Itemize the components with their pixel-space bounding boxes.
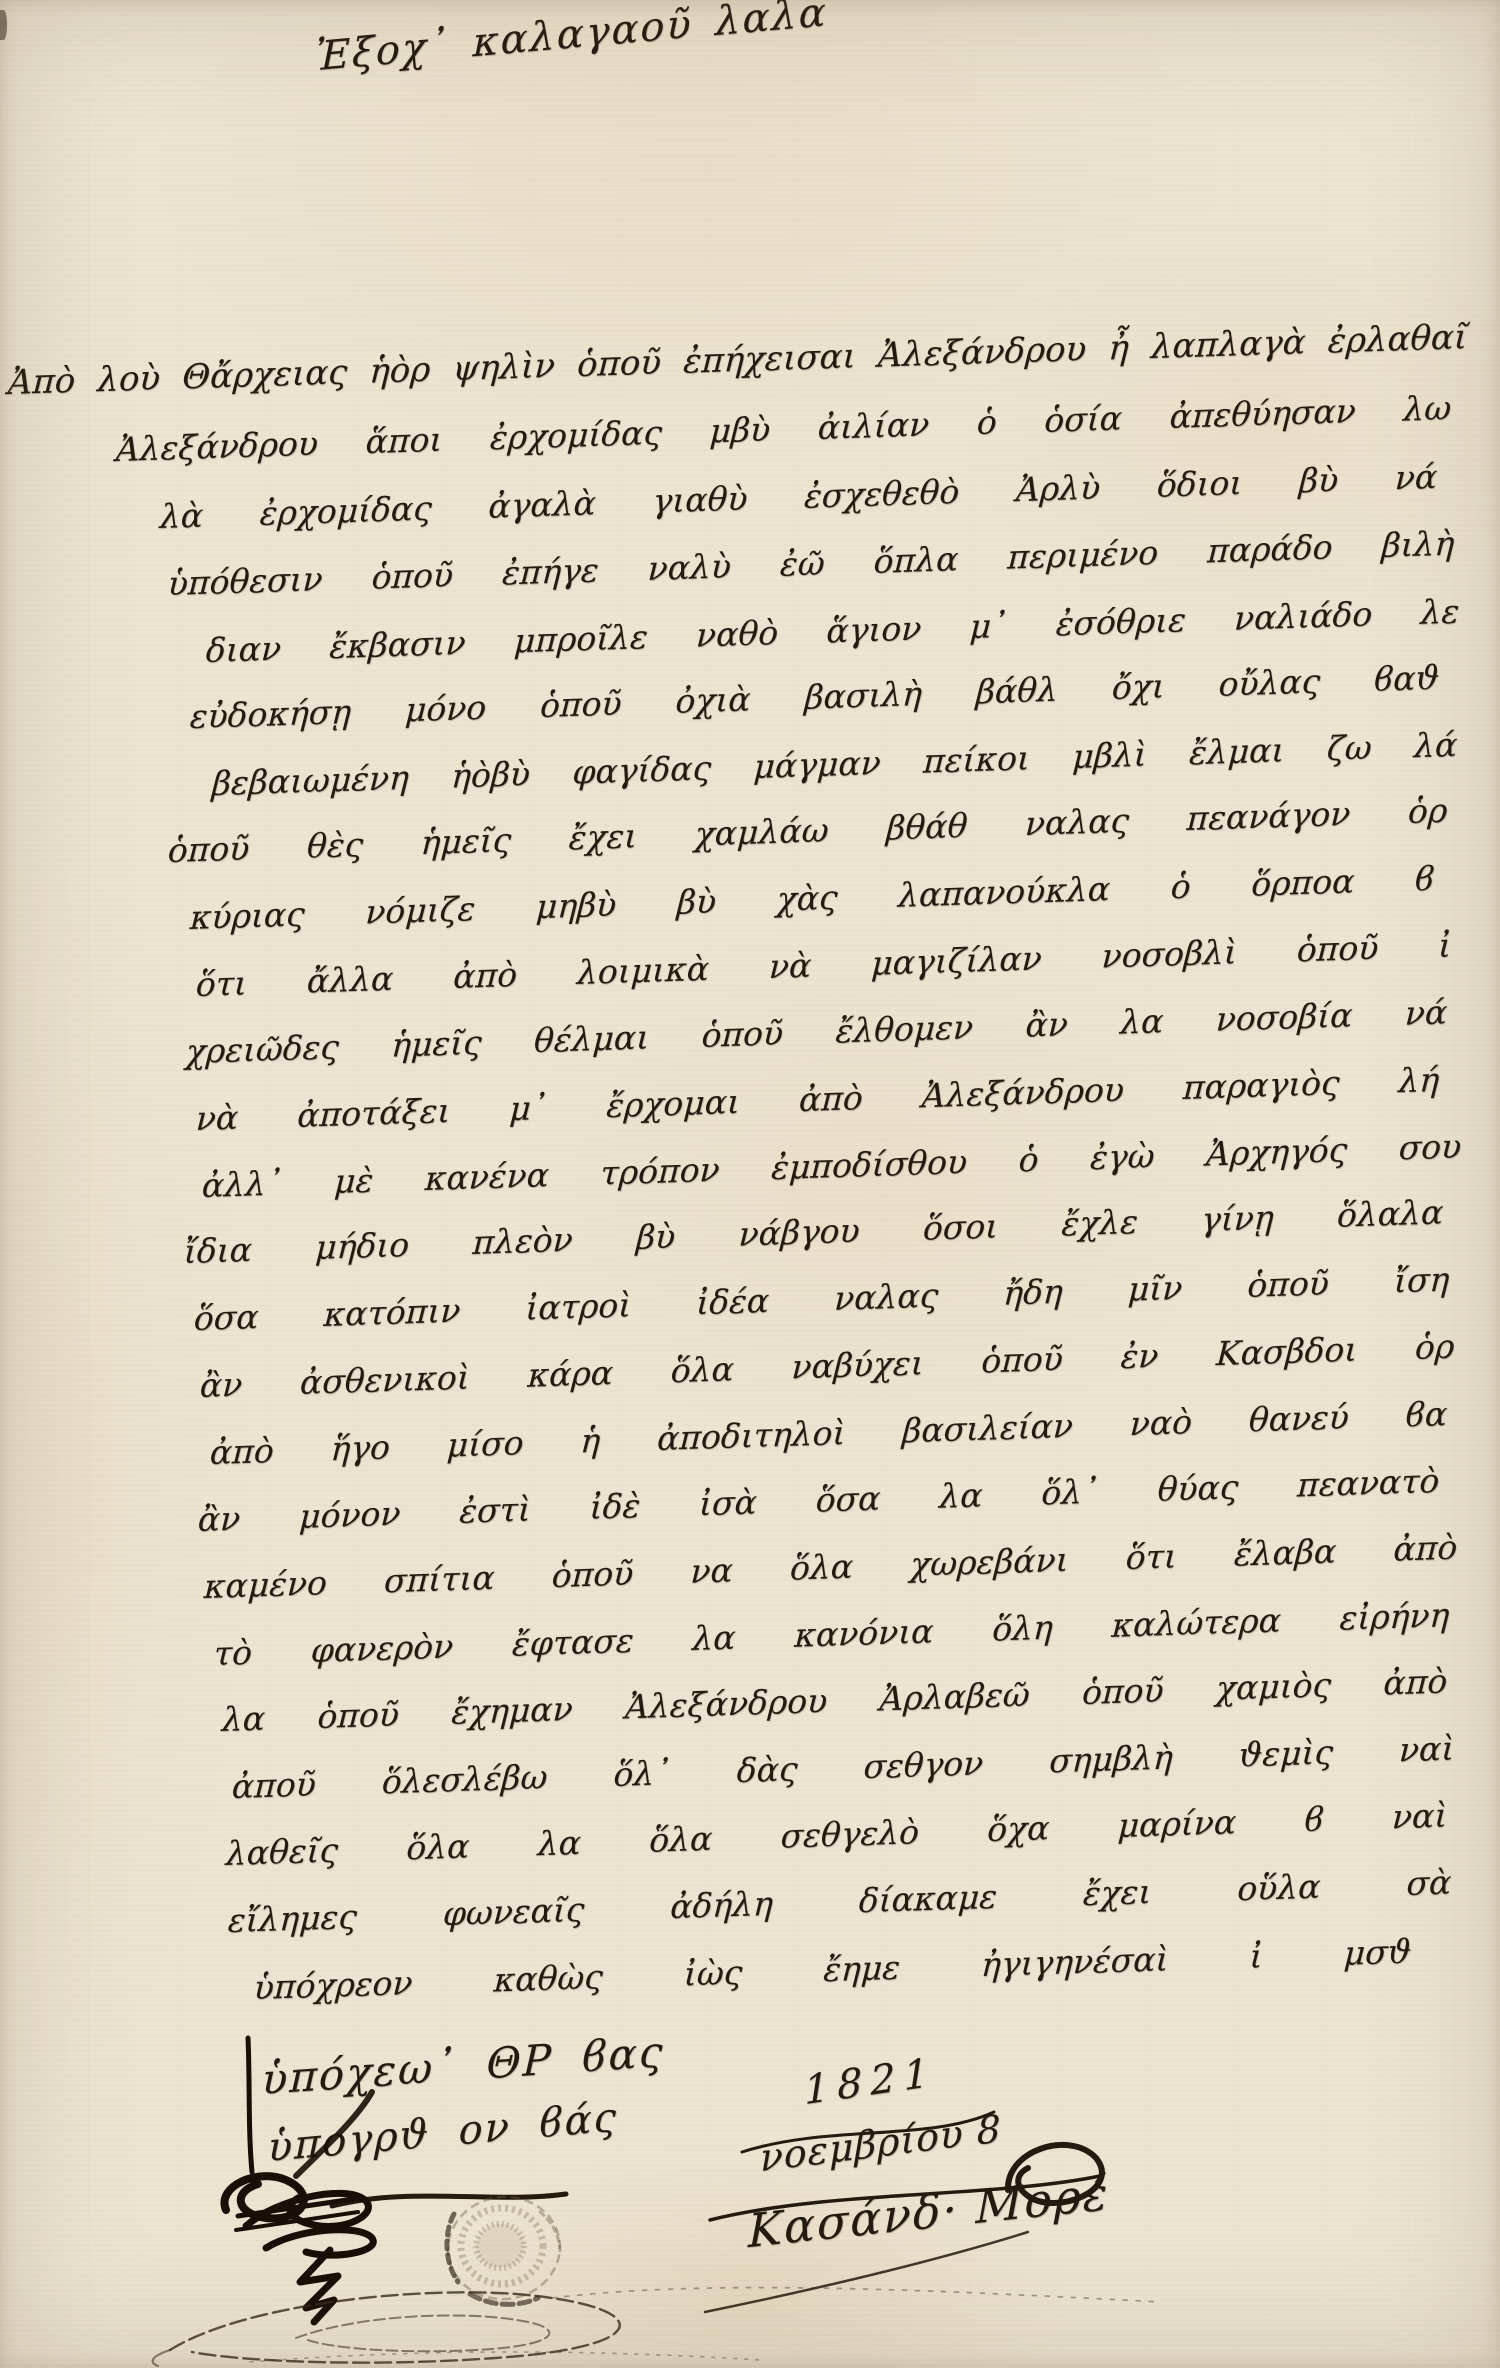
handwritten-word: τὸ (213, 1630, 254, 1677)
handwritten-word: ὅλ᾽ (612, 1750, 672, 1798)
handwritten-word: ἀπεθύησαν (1168, 388, 1357, 440)
handwritten-word: μὲ (333, 1158, 375, 1205)
manuscript-page: Ἐξοχ᾿ καλαγαοῦ λαλα ἈπὸλοὺΘἄρχειαςἡὸρψηλ… (0, 0, 1500, 2368)
handwritten-word: κανόνια (793, 1608, 935, 1658)
handwritten-word: σεθγον (862, 1740, 984, 1790)
handwritten-word: μπροῖλε (513, 614, 649, 664)
handwritten-word: ἐσόθριε (1055, 597, 1188, 647)
handwritten-word: ὁποῦ (167, 825, 251, 874)
handwritten-word: ἠγιγηνέσαὶ (980, 1936, 1170, 1988)
handwritten-word: κατόπιν (323, 1288, 462, 1338)
handwritten-word: χαμλάω (694, 807, 830, 857)
handwritten-line: ὑπόχρεονκαθὼςἰὼςἔημεἠγιγηνέσαὶἰμσϑ (253, 1929, 1413, 2011)
handwritten-word: εὐδοκήσῃ (189, 689, 353, 740)
handwritten-word: ἀποδιτηλοὶ (656, 1410, 847, 1462)
handwritten-word: ψηλὶν (451, 343, 556, 392)
handwritten-word: ἰδέα (695, 1278, 770, 1326)
handwritten-word: σεθγελὸ (779, 1809, 920, 1859)
handwritten-word: ὁ (1170, 863, 1192, 910)
handwritten-word: ἔχει (1082, 1869, 1153, 1917)
handwritten-word: ὁποῦ (980, 1336, 1064, 1385)
handwritten-word: ὁποῦ (700, 1010, 784, 1059)
handwritten-line: λαὁποῦἔχημανἈλεξάνδρουἈρλαβεῶὁποῦχαμιὸςἀ… (221, 1658, 1449, 1743)
handwritten-word: ἀπὸ (1392, 1525, 1458, 1573)
handwritten-word: ἡμεῖς (420, 817, 513, 866)
letter-heading: Ἐξοχ᾿ καλαγαοῦ λαλα (316, 0, 828, 80)
handwritten-word: Ἀλεξάνδρου (115, 421, 320, 473)
handwritten-word: χωρεβάνι (909, 1537, 1070, 1588)
handwritten-word: φαγίδας (571, 745, 712, 795)
handwritten-word: ἔλθομεν (834, 1004, 974, 1054)
handwritten-word: ὅλ᾽ (1040, 1469, 1100, 1517)
handwritten-word: ἂν (197, 1496, 242, 1543)
handwritten-word: ἴση (1393, 1256, 1451, 1304)
handwritten-word: ἐῶ (779, 540, 826, 588)
handwritten-word: βεβαιωμένη (211, 755, 410, 807)
handwritten-word: ὅλα (789, 1544, 855, 1592)
closing-line-2: ὑπογρϑ ον ϐάς (268, 2094, 619, 2171)
handwritten-word: μ᾽ (508, 1085, 549, 1132)
handwritten-word: βὺ (1298, 457, 1340, 504)
handwritten-word: ὁρ (1414, 1324, 1456, 1371)
handwritten-word: θὲς (306, 822, 365, 870)
handwritten-word: ὅλαλα (1336, 1189, 1445, 1238)
handwritten-word: ὅσοι (922, 1203, 1000, 1251)
handwritten-word: καθὼς (492, 1954, 604, 2004)
handwritten-word: ἥγο (329, 1424, 391, 1472)
handwritten-word: ἰατροὶ (524, 1282, 632, 1331)
handwritten-word: πεανάγον (1186, 791, 1352, 842)
handwritten-word: ὁποῦ (1296, 925, 1380, 974)
handwritten-word: σπίτια (383, 1555, 496, 1605)
handwritten-word: χρειῶδες (185, 1024, 341, 1075)
handwritten-word: ϐαϑ (1373, 655, 1441, 703)
handwritten-word: βὺ (635, 1214, 677, 1261)
handwritten-word: Κασβδοι (1215, 1327, 1359, 1378)
handwritten-word: ὅλα (405, 1823, 471, 1871)
handwritten-word: νά (1404, 989, 1449, 1036)
handwritten-word: πείκοι (922, 735, 1031, 784)
handwritten-word: ναβύχει (790, 1340, 925, 1390)
handwritten-word: ἔημε (822, 1945, 901, 1994)
handwritten-word: Ἀρχηγός (1205, 1127, 1349, 1178)
handwritten-line: εἴλημεςφωνεαῖςἀδήληδίακαμεἔχειοὕλασὰ (227, 1860, 1453, 1945)
handwritten-word: ἡὸβὺ (450, 751, 531, 800)
handwritten-word: ἀγαλὰ (487, 480, 597, 529)
handwritten-word: Θἄρχειας (181, 349, 349, 400)
handwritten-word: ϐα (1405, 1391, 1449, 1438)
handwritten-word: κάρα (526, 1350, 614, 1399)
handwritten-word: ϐ (1303, 1796, 1325, 1843)
handwritten-word: Ἀρλαβεῶ (878, 1672, 1031, 1723)
handwritten-word: παραγιὸς (1182, 1060, 1341, 1111)
handwritten-word: ὁρ (1407, 788, 1449, 835)
handwritten-word: ἔκβασιν (328, 620, 467, 670)
handwritten-word: λοὺ (96, 355, 161, 403)
handwritten-word: βὺ (676, 878, 718, 925)
handwritten-word: μσϑ (1343, 1929, 1413, 1977)
handwritten-word: ἐρλαθαῖ (1327, 314, 1469, 364)
handwritten-word: ἐσχεθεθὸ (803, 469, 961, 520)
handwritten-word: μβὺ (708, 406, 771, 454)
handwritten-word: ϐ (1414, 856, 1436, 903)
handwritten-word: ἔχλε (1060, 1199, 1139, 1248)
handwritten-word: ἐγὼ (1089, 1133, 1156, 1181)
handwritten-word: σου (1398, 1123, 1463, 1171)
handwritten-word: ὁποῦ (576, 339, 663, 388)
handwritten-word: λα (221, 1696, 267, 1743)
handwritten-word: λαθεῖς (225, 1827, 340, 1877)
handwritten-word: χὰς (776, 875, 839, 923)
handwritten-word: ὅτι (1125, 1533, 1179, 1581)
handwritten-word: βάθλ (975, 667, 1060, 716)
handwritten-word: ναὶ (1391, 1793, 1449, 1841)
handwritten-word: φωνεαῖς (442, 1887, 586, 1938)
handwritten-word: ὅλα (648, 1816, 714, 1864)
handwritten-word: μόνον (298, 1491, 402, 1540)
handwritten-word: μαγιζίλαν (870, 935, 1043, 986)
handwritten-word: ἐπήχεισαι (682, 333, 857, 385)
handwritten-word: ἔφτασε (511, 1618, 635, 1668)
date-day-month: νοεμβρίου 8 (760, 2106, 1002, 2180)
handwritten-word: ϑεμὶς (1238, 1729, 1335, 1778)
handwritten-word: μ᾽ (968, 603, 1009, 650)
handwritten-word: να (689, 1547, 734, 1594)
handwritten-word: ἔλαβα (1233, 1528, 1338, 1577)
handwritten-word: ἰὼς (683, 1950, 744, 1998)
handwritten-word: φανερὸν (310, 1623, 455, 1674)
handwritten-word: ναλὺ (647, 543, 733, 592)
handwritten-word: ὅλα (670, 1346, 736, 1394)
handwritten-word: ὅσα (815, 1476, 882, 1524)
handwritten-word: ἂν (199, 1362, 244, 1409)
handwritten-word: οὕλα (1236, 1864, 1322, 1913)
handwritten-word: νοσοβλὶ (1100, 929, 1238, 979)
handwritten-word: ἅγιον (825, 605, 922, 654)
handwritten-word: ἴδια (183, 1227, 254, 1275)
handwritten-word: νά (1394, 454, 1439, 501)
handwritten-word: ὁποῦ (539, 680, 623, 729)
handwritten-word: ἀσθενικοὶ (299, 1354, 471, 1405)
handwritten-word: χαμιὸς (1215, 1662, 1333, 1712)
handwritten-word: θύας (1156, 1464, 1239, 1513)
handwritten-word: ἀποτάξει (296, 1088, 452, 1139)
handwritten-word: διαν (205, 626, 283, 674)
handwritten-word: δίακαμε (858, 1874, 999, 1924)
handwritten-word: ὁ (1017, 1137, 1039, 1184)
handwritten-word: νάβγου (737, 1208, 861, 1258)
handwritten-word: λὰ (159, 493, 205, 540)
handwritten-word: ὅχα (986, 1805, 1051, 1853)
handwritten-word: ναλας (1024, 798, 1131, 847)
handwritten-word: ὀχιὰ (674, 676, 752, 724)
handwritten-word: κύριας (189, 891, 306, 941)
handwritten-word: μίσο (446, 1420, 525, 1469)
handwritten-word: βασιλείαν (901, 1403, 1074, 1454)
handwritten-word: ὅτι (195, 960, 249, 1008)
handwritten-word: λα (1119, 998, 1165, 1045)
handwritten-word: εἴλημες (227, 1894, 358, 1944)
handwritten-word: τρόπον (599, 1147, 721, 1197)
handwritten-word: ὅσα (193, 1294, 260, 1342)
handwritten-word: ἤδη (1002, 1269, 1064, 1317)
handwritten-word: ἔχημαν (450, 1686, 574, 1736)
handwritten-word: ἰ (1248, 1933, 1264, 1980)
handwritten-word: καμένο (203, 1560, 329, 1610)
handwritten-word: ἰσὰ (698, 1479, 758, 1527)
handwritten-word: μόνο (404, 685, 488, 734)
handwritten-word: ὄχι (1111, 663, 1166, 711)
date-year: 1821 (803, 2049, 937, 2114)
handwritten-word: ἐρχομίδας (259, 485, 433, 537)
handwritten-word: θανεύ (1248, 1394, 1351, 1443)
handwritten-word: λα (691, 1615, 737, 1662)
seal-imprint-icon (441, 2190, 566, 2307)
handwritten-word: ἰ (1437, 922, 1453, 969)
handwritten-word: λή (1397, 1057, 1440, 1104)
handwritten-word: ἐπήγε (501, 547, 600, 596)
handwritten-word: ἐν (1119, 1333, 1159, 1380)
handwritten-word: ἰδὲ (588, 1483, 641, 1531)
flourish-ellipse-icon (153, 2288, 1160, 2366)
handwritten-word: δὰς (736, 1746, 799, 1794)
handwritten-word: λά (1413, 722, 1459, 769)
handwritten-word: ὁποῦ (1246, 1260, 1330, 1309)
handwritten-word: μήδιο (314, 1222, 410, 1271)
handwritten-word: εἰρήνη (1338, 1592, 1450, 1642)
handwritten-word: βιλὴ (1380, 521, 1455, 569)
closing-line-1: ὑπόχεω᾽ ΘΡ ϐας (261, 2027, 665, 2104)
handwritten-word: νόμιζε (364, 886, 476, 936)
handwritten-word: ὅδιοι (1156, 460, 1244, 509)
handwritten-word: ὅπλα (872, 536, 959, 585)
handwritten-word: ναὸ (1129, 1399, 1194, 1447)
handwritten-word: μάγμαν (752, 740, 882, 790)
handwritten-word: λε (1419, 589, 1460, 636)
handwritten-word: γίνῃ (1200, 1195, 1275, 1243)
handwritten-word: ὁποῦ (370, 552, 454, 601)
handwritten-word: ἅποι (364, 417, 443, 466)
handwritten-word: οὔλας (1217, 658, 1321, 707)
handwritten-word: ἀλλ᾽ (201, 1160, 284, 1209)
handwritten-word: ὑπόχρεον (253, 1960, 414, 2011)
handwritten-word: μβλὶ (1071, 732, 1148, 780)
handwritten-word: ναὶ (1398, 1726, 1456, 1774)
handwritten-word: νὰ (195, 1095, 240, 1142)
handwritten-word: νοσοβία (1215, 992, 1354, 1042)
handwritten-word: ἡὸρ (368, 347, 431, 395)
handwritten-word: ναλιάδο (1233, 591, 1374, 641)
handwritten-word: ἀπὸ (209, 1428, 275, 1476)
handwritten-word: Ἀρλὺ (1015, 464, 1102, 513)
handwritten-word: μαρίνα (1117, 1799, 1238, 1849)
handwritten-word: λαπανούκλα (897, 866, 1111, 919)
handwritten-word: ἄλλα (306, 956, 395, 1005)
handwritten-word: σημβλὴ (1048, 1734, 1174, 1784)
handwritten-word: μηβὺ (535, 882, 618, 931)
handwritten-word: θέλμαι (533, 1014, 651, 1064)
handwritten-word: ὁ (976, 399, 998, 446)
handwritten-word: ἀπὸ (798, 1075, 864, 1123)
handwritten-word: ὁσία (1043, 395, 1123, 444)
handwritten-word: καλώτερα (1110, 1597, 1282, 1648)
handwritten-word: βασιλὴ (803, 671, 923, 721)
handwritten-word: ἐμποδίσθου (770, 1139, 968, 1191)
handwritten-word: ἀπὸ (1382, 1658, 1448, 1706)
handwritten-word: ναλας (833, 1273, 940, 1322)
handwritten-word: πλεὸν (471, 1217, 574, 1266)
handwritten-word: ἐρχομίδας (489, 410, 663, 462)
handwritten-word: ἀπὸ (452, 952, 518, 1000)
handwritten-word: λω (1402, 385, 1452, 433)
handwritten-word: Ἀπὸ (7, 358, 77, 406)
handwritten-word: ὁποῦ (316, 1691, 400, 1740)
handwritten-word: Ἀλεξάνδρου (624, 1678, 829, 1730)
handwritten-word: ὅρποα (1250, 858, 1356, 907)
place-signature: Κασάνδ· Μορέ (748, 2166, 1109, 2258)
handwritten-word: ναθὸ (695, 610, 780, 659)
handwritten-word: παράδο (1206, 524, 1334, 574)
handwritten-word: βθάθ (885, 803, 969, 852)
handwritten-word: ἂν (1024, 1001, 1069, 1048)
handwritten-word: περιμένο (1006, 530, 1159, 581)
handwritten-word: ἡμεῖς (390, 1020, 483, 1069)
handwritten-word: ἔχει (568, 813, 639, 861)
handwritten-word: λα (938, 1472, 984, 1519)
handwritten-word: ἡ (579, 1418, 601, 1465)
handwritten-word: ἐστὶ (458, 1486, 532, 1534)
handwritten-word: λαπλαγὰ (1150, 319, 1307, 370)
handwritten-word: κανένα (424, 1152, 551, 1202)
handwritten-word: ὑπόθεσιν (167, 556, 324, 607)
handwritten-word: Ἀλεξάνδρου (921, 1067, 1126, 1119)
handwritten-word: ἀποῦ (231, 1761, 317, 1810)
paper-edge-speck (0, 10, 7, 40)
handwritten-word: ζω (1326, 725, 1373, 773)
handwritten-word: ἀδήλη (669, 1881, 774, 1930)
handwritten-word: γιαθὺ (651, 475, 748, 524)
handwritten-word: ἀιλίαν (817, 401, 931, 451)
handwritten-word: σὰ (1405, 1860, 1452, 1908)
handwritten-word: ἔρχομαι (605, 1079, 741, 1129)
handwritten-word: ὁποῦ (1081, 1667, 1165, 1716)
handwritten-word: Ἀλεξάνδρου (877, 326, 1088, 379)
handwritten-word: λοιμικὰ (576, 946, 711, 996)
handwritten-word: ἔλμαι (1188, 727, 1286, 776)
handwritten-word: νὰ (768, 943, 813, 990)
handwritten-word: ὅλεσλέβω (381, 1754, 549, 1805)
handwritten-word: ὁποῦ (551, 1550, 635, 1599)
handwritten-word: πεανατὸ (1296, 1458, 1441, 1509)
handwritten-word: λα (537, 1820, 583, 1867)
handwritten-word: μῖν (1127, 1265, 1184, 1313)
handwritten-word: ἦ (1107, 325, 1130, 372)
handwritten-word: ὅλη (991, 1605, 1054, 1653)
